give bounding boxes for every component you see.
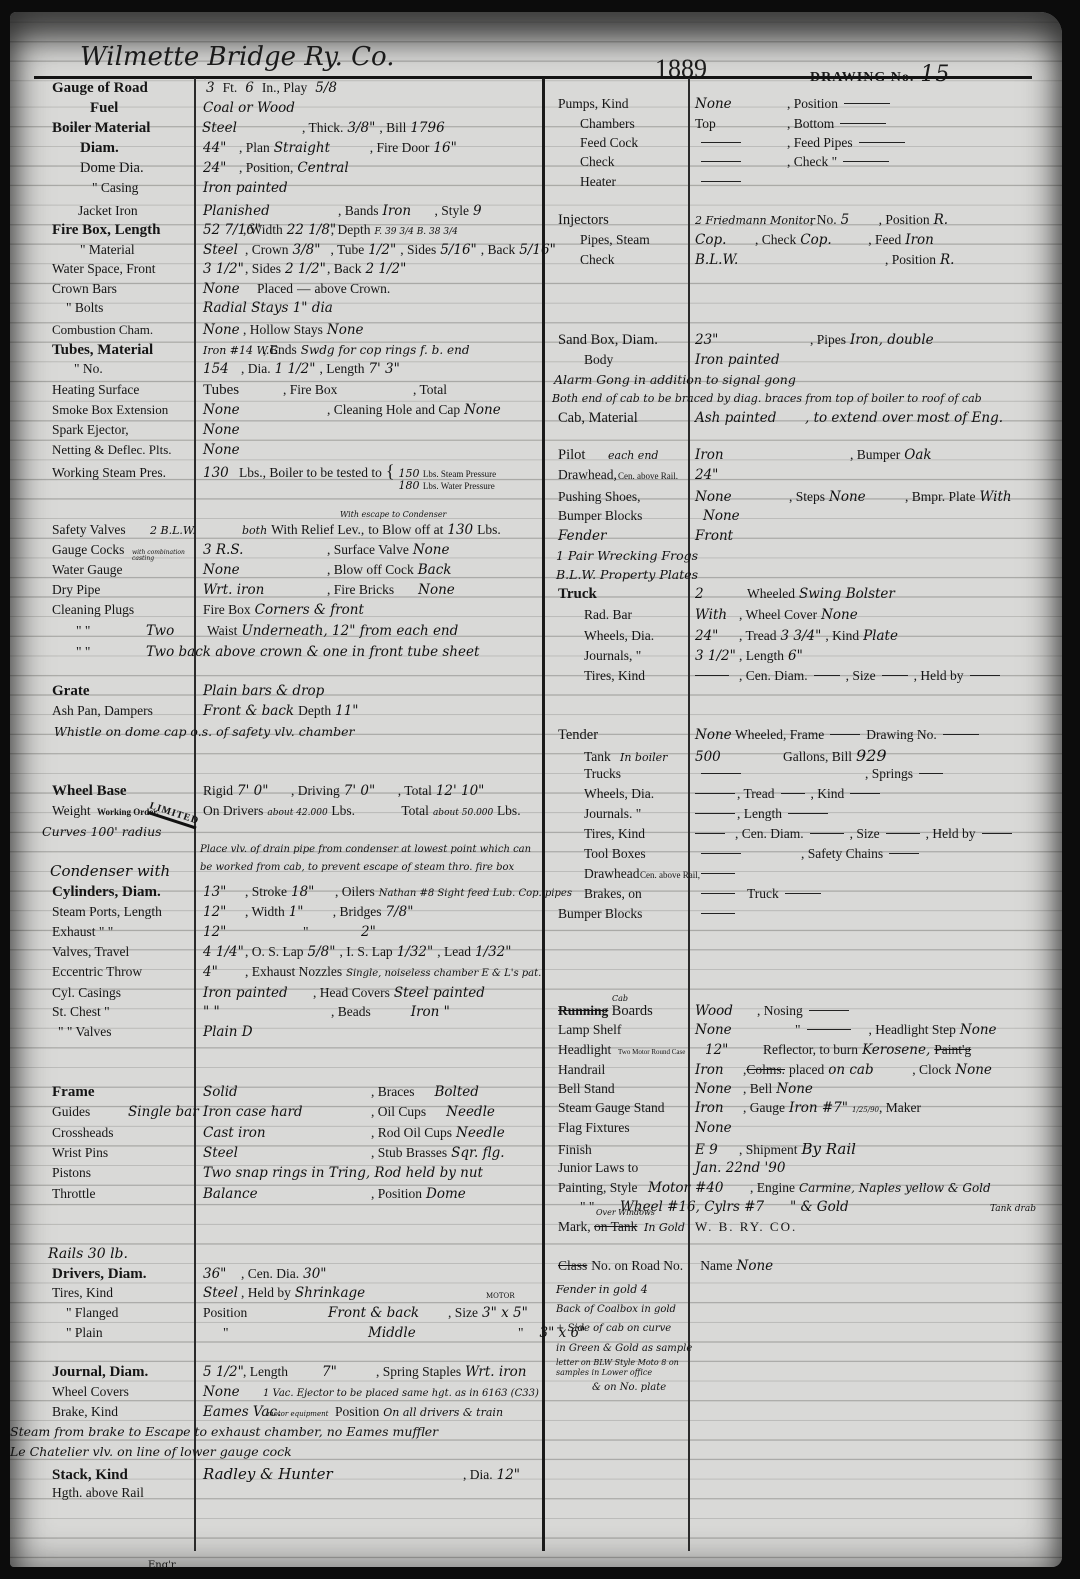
condenser-note-2: be worked from cab, to prevent escape of… xyxy=(200,862,514,873)
rails-note: Rails 30 lb. xyxy=(48,1246,128,1262)
row-journals: Journals, "3 1/2", Length6" xyxy=(584,648,807,668)
row-pipes-steam: Pipes, SteamCop., CheckCop., FeedIron xyxy=(580,232,938,252)
row-cleaning-plugs-3: " "Two back above crown & one in front t… xyxy=(76,644,479,664)
row-sand-box: Sand Box, Diam.23", PipesIron, double xyxy=(558,332,938,352)
row-drivers: Drivers, Diam.36", Cen. Dia.30" xyxy=(52,1266,331,1286)
cab-insert-note: Cab xyxy=(612,994,628,1003)
company-name: Wilmette Bridge Ry. Co. xyxy=(80,42,395,72)
row-pistons: PistonsTwo snap rings in Tring, Rod held… xyxy=(52,1165,483,1185)
road-note: + Side of cab on curve xyxy=(556,1319,692,1339)
row-gauge-stand: Steam Gauge StandIron, GaugeIron #7"1/25… xyxy=(558,1100,921,1120)
row-fuel: FuelCoal or Wood xyxy=(90,100,295,120)
row-crown-bars: Crown BarsNonePlaced—above Crown. xyxy=(52,281,390,301)
row-t-trucks: Trucks, Springs xyxy=(584,766,949,786)
mark-insert-note: Over Windows xyxy=(596,1208,655,1217)
row-steam-ports: Steam Ports, Length12", Width1", Bridges… xyxy=(52,904,417,924)
road-note: samples in Lower office xyxy=(556,1368,692,1378)
row-bell-stand: Bell StandNone, BellNone xyxy=(558,1081,817,1101)
row-gauge: Gauge of Road3Ft.6In., Play5/8 xyxy=(52,80,341,100)
row-st-valves: " " ValvesPlain D xyxy=(58,1024,253,1044)
row-pilot: Piloteach endIron, BumperOak xyxy=(558,447,936,467)
row-spark-ejector: Spark Ejector,None xyxy=(52,422,240,442)
road-note: Back of Coalbox in gold xyxy=(556,1300,692,1320)
row-dry-pipe: Dry PipeWrt. iron, Fire BricksNone xyxy=(52,582,459,602)
row-truck: Truck2WheeledSwing Bolster xyxy=(558,586,899,606)
row-cylinders: Cylinders, Diam.13", Stroke18", OilersNa… xyxy=(52,884,576,904)
row-t-bumper: Bumper Blocks xyxy=(558,906,741,926)
row-valves-travel: Valves, Travel4 1/4", O. S. Lap5/8", I. … xyxy=(52,944,515,964)
row-safety-valves: Safety Valves2 B.L.W.bothWith Relief Lev… xyxy=(52,522,501,542)
row-brake: Brake, KindEames Vac.motor equipmentPosi… xyxy=(52,1404,503,1424)
row-netting: Netting & Deflec. Plts.None xyxy=(52,442,240,462)
row-gauge-cocks: Gauge Cockswith combination casting3 R.S… xyxy=(52,542,453,562)
row-t-tool: Tool Boxes, Safety Chains xyxy=(584,846,925,866)
alarm-note: Alarm Gong in addition to signal gong xyxy=(554,372,796,387)
row-tubes-material: Tubes, MaterialIron #14 W.G., EndsSwdg f… xyxy=(52,342,474,362)
condenser-note-1: Place vlv. of drain pipe from condenser … xyxy=(200,844,531,855)
year: 1889 xyxy=(655,54,707,84)
header-rule xyxy=(34,76,1032,79)
row-working-steam: Working Steam Pres.130Lbs., Boiler to be… xyxy=(52,461,496,481)
row-condenser: Condenser with xyxy=(50,862,170,882)
wrecking-note: 1 Pair Wrecking Frogs xyxy=(556,548,698,563)
row-guides: GuidesSingle barIron case hard, Oil Cups… xyxy=(52,1104,499,1124)
row-cyl-casings: Cyl. CasingsIron painted, Head CoversSte… xyxy=(52,985,489,1005)
row-finish: FinishE 9, ShipmentBy Rail xyxy=(558,1140,860,1160)
row-t-journals: Journals. ", Length xyxy=(584,806,834,826)
chatelier-note: Le Chatelier vlv. on line of lower gauge… xyxy=(10,1444,292,1459)
whistle-note: Whistle on dome cap o.s. of safety vlv. … xyxy=(54,724,354,739)
row-t-tires: Tires, Kind, Cen. Diam., Size, Held by xyxy=(584,826,1018,846)
row-lamp-shelf: Lamp ShelfNone", Headlight StepNone xyxy=(558,1022,1001,1042)
row-flag: Flag FixturesNone xyxy=(558,1120,732,1140)
plates-note: B.L.W. Property Plates xyxy=(556,567,698,582)
row-water-gauge: Water GaugeNone, Blow off CockBack xyxy=(52,562,455,582)
row-mark: Mark,on TankIn GoldW. B. RY. CO. xyxy=(558,1219,797,1239)
row-flanged: " FlangedPositionFront & back, Size3" x … xyxy=(66,1305,532,1325)
row-wheels-dia: Wheels, Dia.24", Tread3 3/4", KindPlate xyxy=(584,628,902,648)
row-rad-bar: Rad. BarWith, Wheel CoverNone xyxy=(584,607,862,627)
road-note: & on No. plate xyxy=(556,1378,692,1397)
row-firebox-material: " MaterialSteel, Crown3/8", Tube1/2", Si… xyxy=(80,242,560,262)
row-grate: GratePlain bars & drop xyxy=(52,683,324,703)
row-stack: Stack, KindRadley & Hunter, Dia.12" xyxy=(52,1465,524,1485)
row-boiler-material: Boiler MaterialSteel, Thick.3/8", Bill17… xyxy=(52,120,449,140)
row-journal: Journal, Diam.5 1/2", Length7", Spring S… xyxy=(52,1364,530,1384)
row-combustion: Combustion Cham.None, Hollow StaysNone xyxy=(52,322,368,342)
safety-valve-note: With escape to Condenser xyxy=(340,510,446,519)
row-tender: TenderNoneWheeled, FrameDrawing No. xyxy=(558,727,985,747)
row-exhaust: Exhaust " "12""2" xyxy=(52,924,376,944)
row-inj-check: CheckB.L.W., PositionR. xyxy=(580,252,958,272)
row-frame: FrameSolid, BracesBolted xyxy=(52,1084,483,1104)
row-check: Check, Check " xyxy=(580,154,895,174)
row-weight: WeightWorking Order.On Driversabout 42.0… xyxy=(52,803,521,823)
row-jacket: Jacket IronPlanished, BandsIron, Style9 xyxy=(78,203,486,223)
row-bolts: " BoltsRadial Stays 1" dia xyxy=(66,300,333,320)
row-tires-kind: Tires, Kind, Cen. Diam., Size, Held by xyxy=(584,668,1006,688)
road-note: letter on BLW Style Moto 8 on xyxy=(556,1358,692,1368)
row-tank: TankIn boiler500Gallons, Bill929 xyxy=(584,746,891,766)
row-t-brakes: Brakes, onTruck xyxy=(584,886,827,906)
row-water-space: Water Space, Front3 1/2", Sides2 1/2", B… xyxy=(52,261,410,281)
row-pumps: Pumps, KindNone, Position xyxy=(558,96,896,116)
size-motor-note: MOTOR xyxy=(486,1292,515,1300)
row-junior: Junior Laws toJan. 22nd '90 xyxy=(558,1160,785,1180)
row-handrail: HandrailIron, Colms.placedon cab, ClockN… xyxy=(558,1062,996,1082)
row-road-no: ClassNo. on Road No.NameNone xyxy=(558,1258,777,1278)
row-drawhead: Drawhead,Cen. above Rail.24" xyxy=(558,467,718,487)
row-diam: Diam.44", PlanStraight, Fire Door16" xyxy=(80,140,461,160)
drawing-number: DRAWING No.15 xyxy=(810,62,950,87)
row-st-chest: St. Chest "" ", BeadsIron " xyxy=(52,1004,454,1024)
row-casing: " CasingIron painted xyxy=(92,180,288,200)
row-cleaning-plugs-2: " "TwoWaistUnderneath, 12" from each end xyxy=(76,623,458,643)
row-tubes-no: " No.154, Dia.1 1/2", Length7' 3" xyxy=(74,361,404,381)
footer-label: Eng'r xyxy=(148,1560,176,1571)
curves-note: Curves 100' radius xyxy=(42,824,162,839)
row-ash-pan: Ash Pan, DampersFront & backDepth11" xyxy=(52,703,359,723)
row-body: BodyIron painted xyxy=(584,352,780,372)
row-bumper-blocks: Bumper BlocksNone xyxy=(558,508,740,528)
row-pushing-shoes: Pushing Shoes,None, StepsNone, Bmpr. Pla… xyxy=(558,489,1016,509)
row-throttle: ThrottleBalance, PositionDome xyxy=(52,1186,470,1206)
row-wrist-pins: Wrist PinsSteel, Stub BrassesSqr. flg. xyxy=(52,1145,509,1165)
row-wheel-base: Wheel BaseRigid7' 0", Driving7' 0", Tota… xyxy=(52,783,488,803)
row-headlight: HeadlightTwo Motor Round Case12"Reflecto… xyxy=(558,1042,971,1062)
row-dome: Dome Dia.24", Position,Central xyxy=(80,160,353,180)
row-hgth: Hgth. above Rail xyxy=(52,1485,203,1505)
row-plain: " Plain"Middle"3" x 6" xyxy=(66,1325,589,1345)
road-note: Fender in gold 4 xyxy=(556,1280,692,1300)
row-firebox-length: Fire Box, Length52 7/16", Width22 1/8", … xyxy=(52,222,462,242)
road-note: in Green & Gold as sample xyxy=(556,1339,692,1359)
steam-note: Steam from brake to Escape to exhaust ch… xyxy=(10,1424,438,1439)
row-tires: Tires, KindSteel, Held byShrinkage xyxy=(52,1285,369,1305)
drawing-no-value: 15 xyxy=(920,62,950,87)
road-notes: Fender in gold 4 Back of Coalbox in gold… xyxy=(556,1280,692,1397)
row-t-drawhead: DrawheadCen. above Rail, xyxy=(584,866,741,886)
row-crossheads: CrossheadsCast iron, Rod Oil CupsNeedle xyxy=(52,1125,509,1145)
row-smoke-box: Smoke Box ExtensionNone, Cleaning Hole a… xyxy=(52,402,505,422)
row-heater: Heater xyxy=(580,174,747,194)
row-t-wheels: Wheels, Dia., Tread, Kind xyxy=(584,786,886,806)
row-wheel-covers: Wheel CoversNone1 Vac. Ejector to be pla… xyxy=(52,1384,539,1404)
row-eccentric: Eccentric Throw4", Exhaust NozzlesSingle… xyxy=(52,964,545,984)
row-cab: Cab, MaterialAsh painted, to extend over… xyxy=(558,410,1003,430)
row-painting: Painting, StyleMotor#40, EngineCarmine, … xyxy=(558,1180,995,1200)
row-heating-surface: Heating SurfaceTubes, Fire Box, Total xyxy=(52,382,447,402)
row-chambers: ChambersTop, Bottom xyxy=(580,116,892,136)
row-feed-cock: Feed Cock, Feed Pipes xyxy=(580,135,911,155)
row-fender: FenderFront xyxy=(558,528,733,548)
row-cleaning-plugs: Cleaning PlugsFire BoxCorners & front xyxy=(52,602,368,622)
row-running-boards: Running BoardsWood, Nosing xyxy=(558,1003,855,1023)
row-injectors: Injectors2 Friedmann Monitor, No.5, Posi… xyxy=(558,212,952,232)
brace-note: Both end of cab to be braced by diag. br… xyxy=(552,392,982,405)
